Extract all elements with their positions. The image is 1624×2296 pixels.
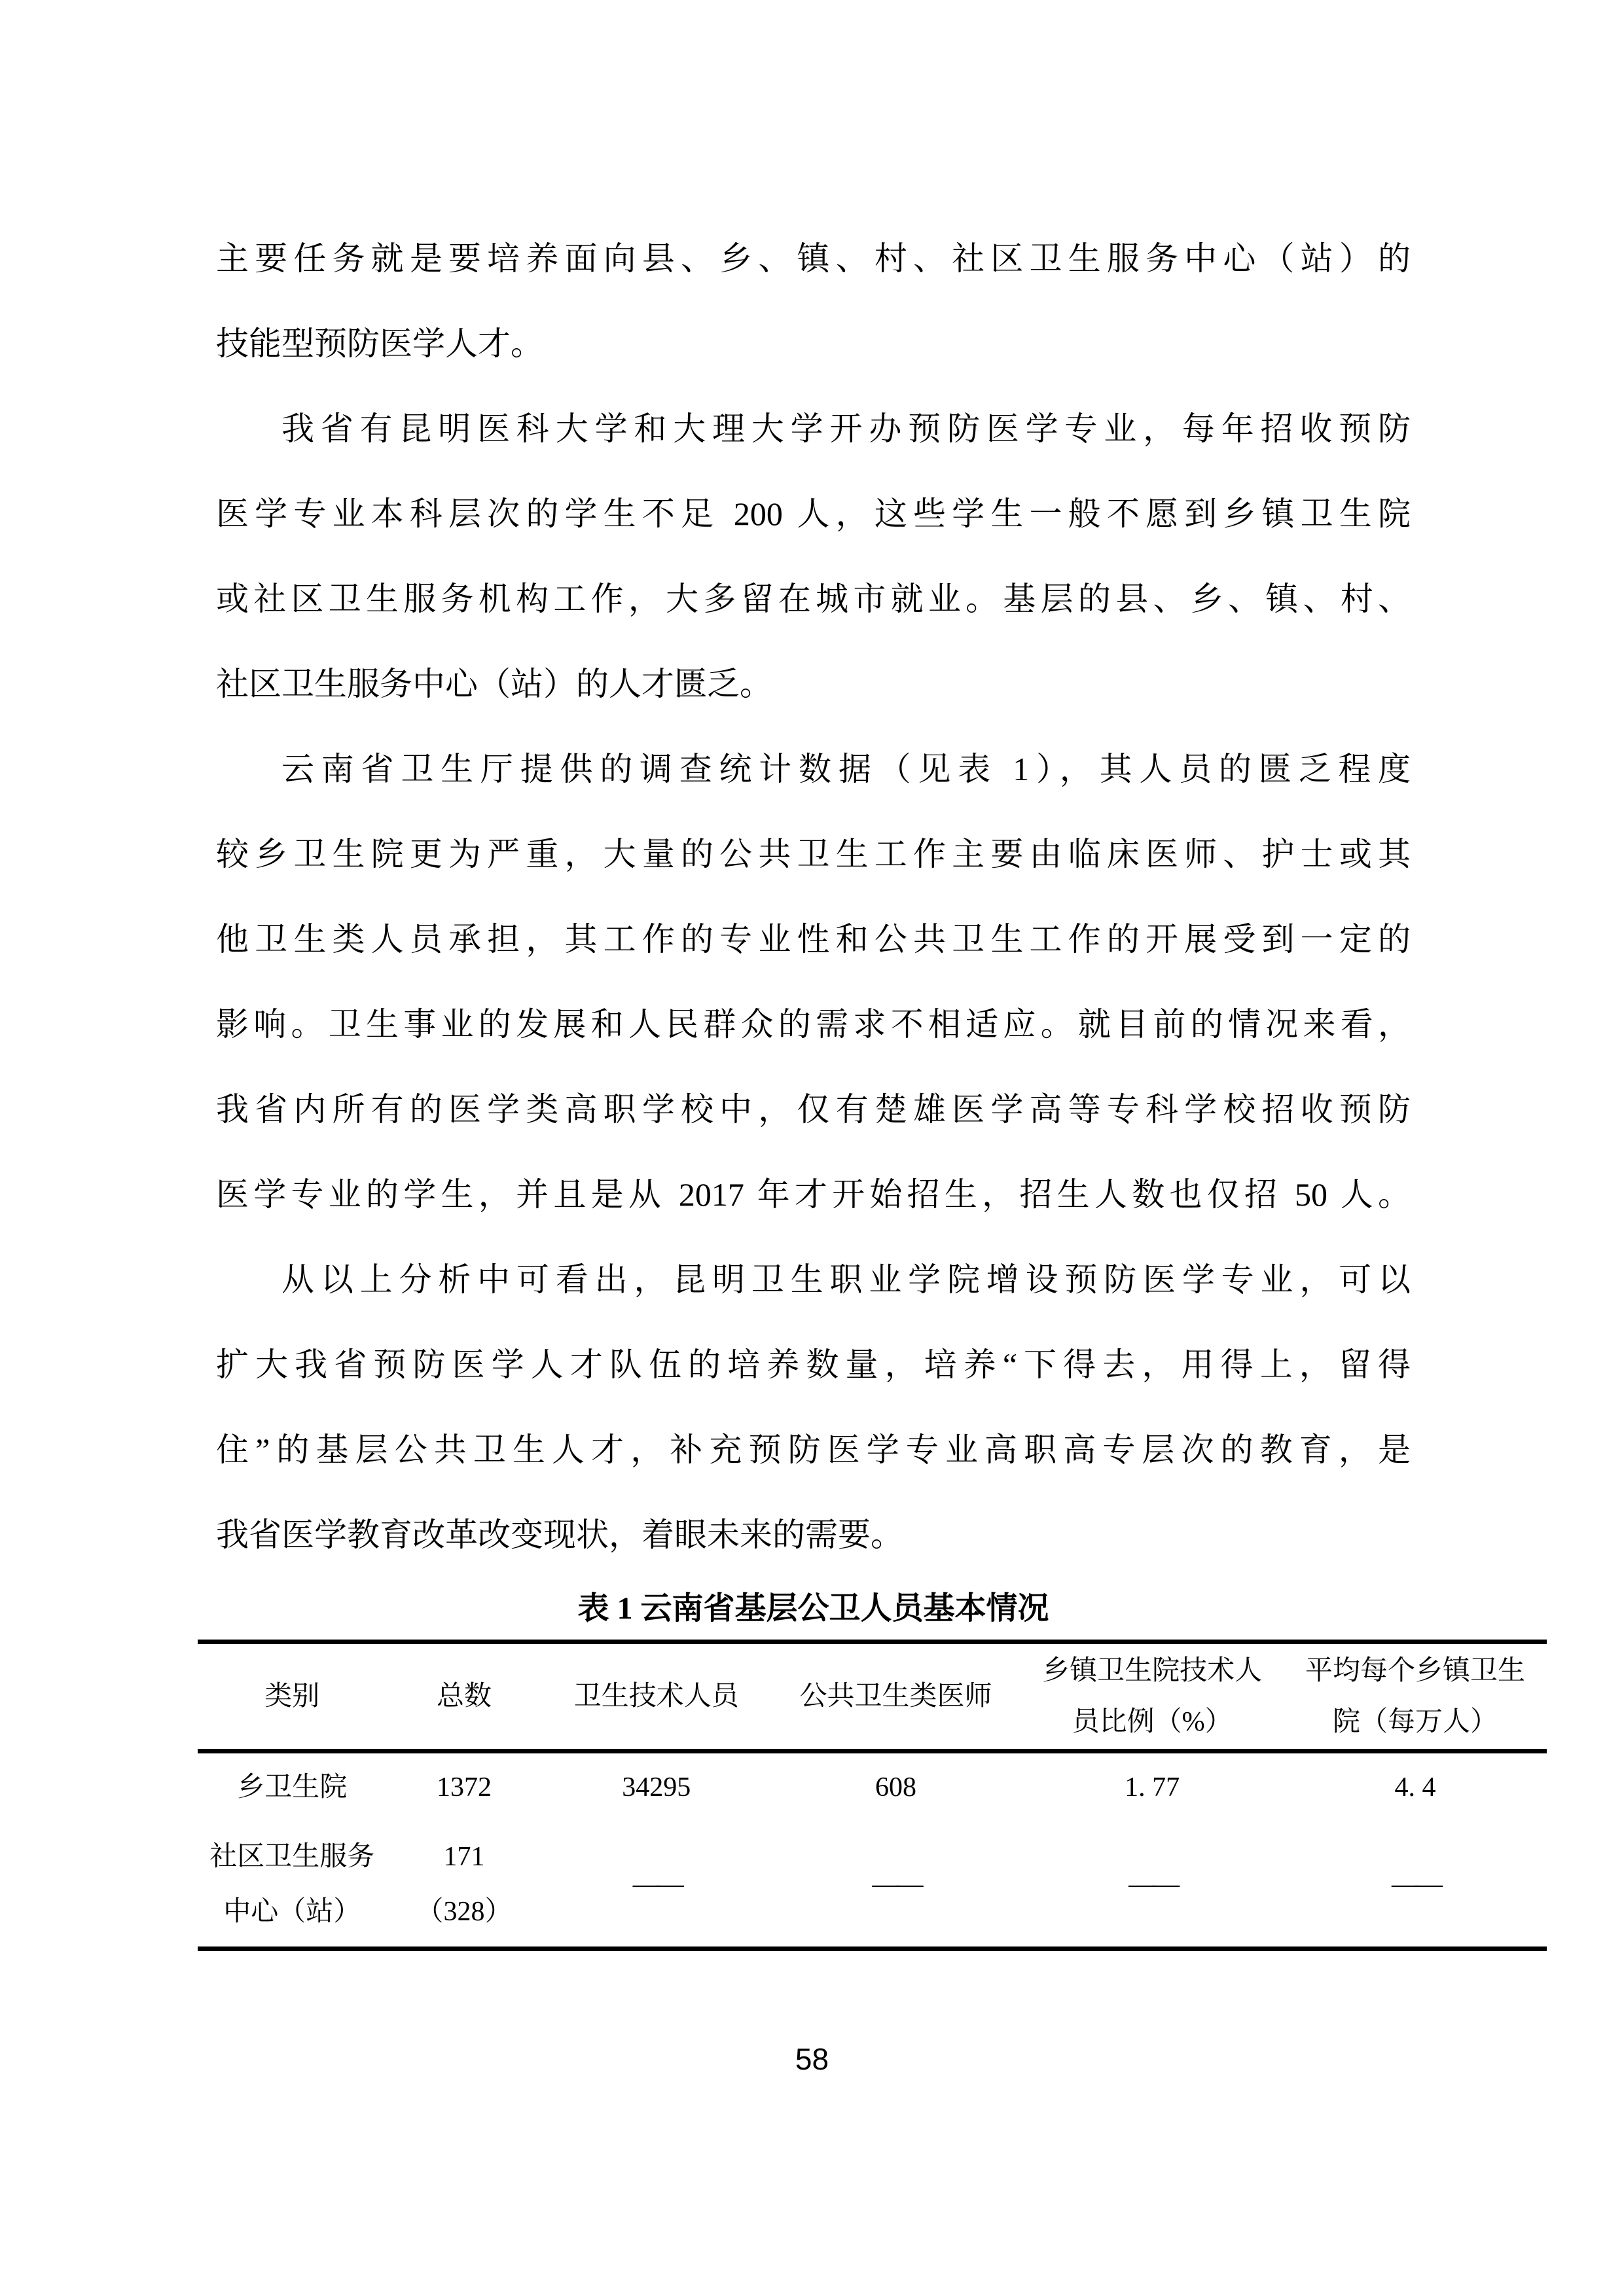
- table-cell: 1. 77: [1020, 1751, 1284, 1823]
- text-line: 影响。卫生事业的发展和人民群众的需求不相适应。就目前的情况来看，: [216, 982, 1411, 1067]
- table-cell: ——: [1020, 1822, 1284, 1949]
- text-line: 从以上分析中可看出，昆明卫生职业学院增设预防医学专业，可以: [216, 1237, 1411, 1322]
- text-line: 较乡卫生院更为严重，大量的公共卫生工作主要由临床医师、护士或其: [216, 812, 1411, 897]
- table-cell: 608: [771, 1751, 1020, 1823]
- empty-value-dash: ——: [873, 1869, 920, 1899]
- table-cell: 1372: [387, 1751, 542, 1823]
- cell-line: （328）: [387, 1884, 542, 1939]
- header-line: 公共卫生类医师: [771, 1671, 1020, 1722]
- empty-value-dash: ——: [633, 1869, 680, 1899]
- header-cell-township-technician-ratio: 乡镇卫生院技术人 员比例（%）: [1020, 1642, 1284, 1751]
- text-line: 我省医学教育改革改变现状，着眼未来的需要。: [216, 1492, 1411, 1577]
- cell-line: 171: [387, 1829, 542, 1884]
- text-line: 医学专业本科层次的学生不足 200 人，这些学生一般不愿到乡镇卫生院: [216, 471, 1411, 556]
- body-text: 主要任务就是要培养面向县、乡、镇、村、社区卫生服务中心（站）的 技能型预防医学人…: [216, 216, 1411, 1577]
- header-cell-public-health-physicians: 公共卫生类医师: [771, 1642, 1020, 1751]
- table-cell: 34295: [542, 1751, 771, 1823]
- header-cell-health-technicians: 卫生技术人员: [542, 1642, 771, 1751]
- header-line: 类别: [198, 1671, 387, 1722]
- table-title: 表 1 云南省基层公卫人员基本情况: [216, 1577, 1411, 1640]
- header-cell-total: 总数: [387, 1642, 542, 1751]
- text-line: 我省有昆明医科大学和大理大学开办预防医学专业，每年招收预防: [216, 386, 1411, 471]
- table-cell: 乡卫生院: [198, 1751, 387, 1823]
- table-cell: ——: [771, 1822, 1020, 1949]
- text-line: 云南省卫生厅提供的调查统计数据（见表 1），其人员的匮乏程度: [216, 726, 1411, 812]
- empty-value-dash: ——: [1128, 1869, 1176, 1899]
- text-line: 扩大我省预防医学人才队伍的培养数量，培养“下得去，用得上，留得: [216, 1322, 1411, 1407]
- header-cell-avg-per-township-hospital: 平均每个乡镇卫生 院（每万人）: [1284, 1642, 1547, 1751]
- table-header-row: 类别 总数 卫生技术人员 公共卫生类医师 乡镇卫生院技术人 员比例（%） 平均每…: [198, 1642, 1547, 1751]
- header-cell-category: 类别: [198, 1642, 387, 1751]
- text-line: 住”的基层公共卫生人才，补充预防医学专业高职高专层次的教育，是: [216, 1407, 1411, 1492]
- stats-table: 类别 总数 卫生技术人员 公共卫生类医师 乡镇卫生院技术人 员比例（%） 平均每…: [198, 1640, 1547, 1951]
- table-cell: ——: [1284, 1822, 1547, 1949]
- text-line: 主要任务就是要培养面向县、乡、镇、村、社区卫生服务中心（站）的: [216, 216, 1411, 301]
- cell-line: 中心（站）: [198, 1884, 387, 1939]
- header-line: 总数: [387, 1671, 542, 1722]
- document-page: 主要任务就是要培养面向县、乡、镇、村、社区卫生服务中心（站）的 技能型预防医学人…: [0, 0, 1624, 2296]
- table-cell: 4. 4: [1284, 1751, 1547, 1823]
- table-row-township-hospitals: 乡卫生院 1372 34295 608 1. 77 4. 4: [198, 1751, 1547, 1823]
- header-line: 院（每万人）: [1284, 1696, 1547, 1748]
- header-line: 平均每个乡镇卫生: [1284, 1645, 1547, 1696]
- table-row-community-health-centers: 社区卫生服务 中心（站） 171 （328） —— —— —— ——: [198, 1822, 1547, 1949]
- header-line: 卫生技术人员: [542, 1671, 771, 1722]
- text-line: 或社区卫生服务机构工作，大多留在城市就业。基层的县、乡、镇、村、: [216, 556, 1411, 641]
- text-line: 社区卫生服务中心（站）的人才匮乏。: [216, 641, 1411, 726]
- header-line: 乡镇卫生院技术人: [1020, 1645, 1284, 1696]
- table-cell: 171 （328）: [387, 1822, 542, 1949]
- text-line: 我省内所有的医学类高职学校中，仅有楚雄医学高等专科学校招收预防: [216, 1067, 1411, 1152]
- table-cell: ——: [542, 1822, 771, 1949]
- text-line: 医学专业的学生，并且是从 2017 年才开始招生，招生人数也仅招 50 人。: [216, 1152, 1411, 1237]
- empty-value-dash: ——: [1392, 1869, 1439, 1899]
- cell-line: 社区卫生服务: [198, 1829, 387, 1884]
- page-number: 58: [0, 2041, 1624, 2077]
- table-cell: 社区卫生服务 中心（站）: [198, 1822, 387, 1949]
- text-line: 技能型预防医学人才。: [216, 301, 1411, 386]
- header-line: 员比例（%）: [1020, 1696, 1284, 1748]
- text-line: 他卫生类人员承担，其工作的专业性和公共卫生工作的开展受到一定的: [216, 897, 1411, 982]
